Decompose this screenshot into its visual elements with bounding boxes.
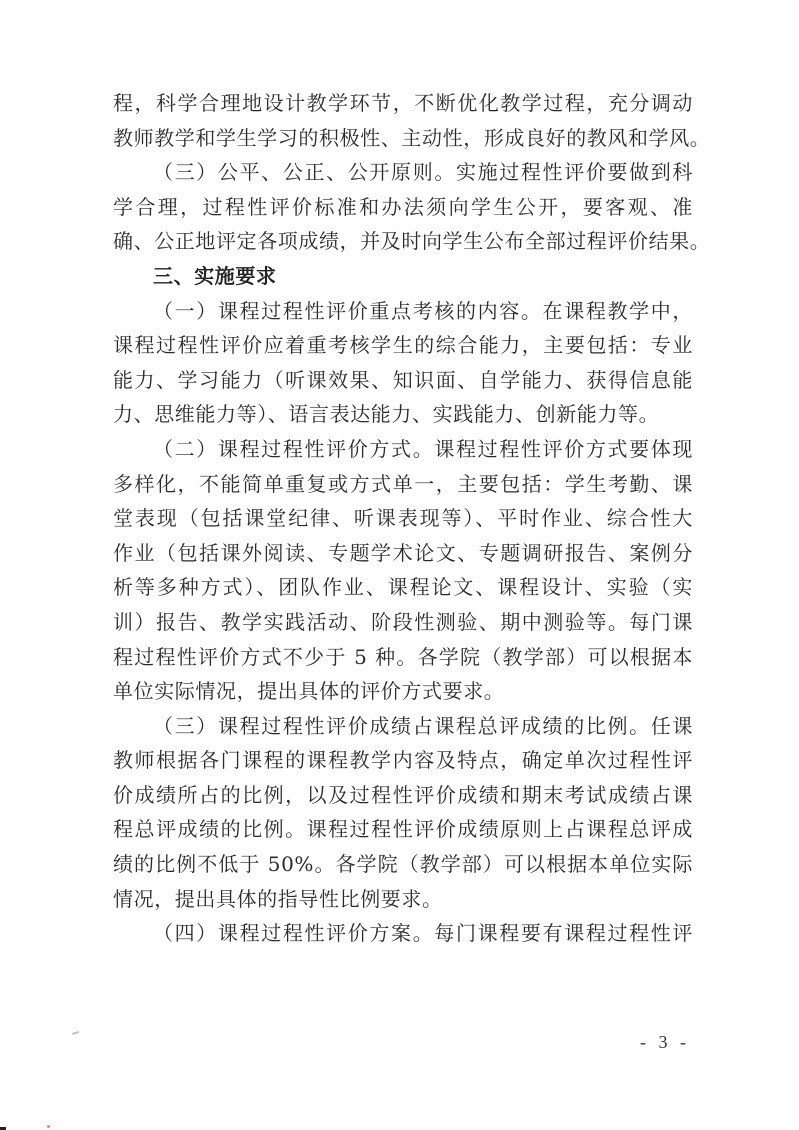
text-line: 价成绩所占的比例，以及过程性评价成绩和期末考试成绩占课: [113, 778, 693, 813]
paragraph-first-line: （三）课程过程性评价成绩占课程总评成绩的比例。任课: [113, 709, 693, 744]
paragraph-first-line: （四）课程过程性评价方案。每门课程要有课程过程性评: [113, 916, 693, 951]
document-page: 程，科学合理地设计教学环节，不断优化教学过程，充分调动 教师教学和学生学习的积极…: [0, 0, 799, 1130]
text-line: 程，科学合理地设计教学环节，不断优化教学过程，充分调动: [113, 86, 693, 121]
text-line: 情况，提出具体的指导性比例要求。: [113, 882, 693, 917]
text-line: 堂表现（包括课堂纪律、听课表现等）、平时作业、综合性大: [113, 501, 693, 536]
paragraph-first-line: （二）课程过程性评价方式。课程过程性评价方式要体现: [113, 432, 693, 467]
text-line: 能力、学习能力（听课效果、知识面、自学能力、获得信息能: [113, 363, 693, 398]
text-line: 绩的比例不低于 50%。各学院（教学部）可以根据本单位实际: [113, 847, 693, 882]
scan-artifact: [72, 1031, 79, 1035]
text-line: 课程过程性评价应着重考核学生的综合能力，主要包括：专业: [113, 328, 693, 363]
page-number: - 3 -: [640, 1032, 690, 1053]
paragraph-first-line: （一）课程过程性评价重点考核的内容。在课程教学中，: [113, 294, 693, 329]
text-line: 单位实际情况，提出具体的评价方式要求。: [113, 674, 693, 709]
text-line: 教师教学和学生学习的积极性、主动性，形成良好的教风和学风。: [113, 121, 693, 156]
paragraph-first-line: （三）公平、公正、公开原则。实施过程性评价要做到科: [113, 155, 693, 190]
text-line: 程过程性评价方式不少于 5 种。各学院（教学部）可以根据本: [113, 640, 693, 675]
document-body: 程，科学合理地设计教学环节，不断优化教学过程，充分调动 教师教学和学生学习的积极…: [113, 86, 693, 951]
text-line: 学合理，过程性评价标准和办法须向学生公开，要客观、准: [113, 190, 693, 225]
text-line: 作业（包括课外阅读、专题学术论文、专题调研报告、案例分: [113, 536, 693, 571]
text-line: 训）报告、教学实践活动、阶段性测验、期中测验等。每门课: [113, 605, 693, 640]
section-heading: 三、实施要求: [113, 259, 693, 294]
scan-artifact: [47, 1125, 50, 1128]
text-line: 确、公正地评定各项成绩，并及时向学生公布全部过程评价结果。: [113, 224, 693, 259]
text-line: 教师根据各门课程的课程教学内容及特点，确定单次过程性评: [113, 743, 693, 778]
text-line: 多样化，不能简单重复或方式单一，主要包括：学生考勤、课: [113, 467, 693, 502]
text-line: 析等多种方式）、团队作业、课程论文、课程设计、实验（实: [113, 570, 693, 605]
text-line: 力、思维能力等）、语言表达能力、实践能力、创新能力等。: [113, 397, 693, 432]
text-line: 程总评成绩的比例。课程过程性评价成绩原则上占课程总评成: [113, 812, 693, 847]
